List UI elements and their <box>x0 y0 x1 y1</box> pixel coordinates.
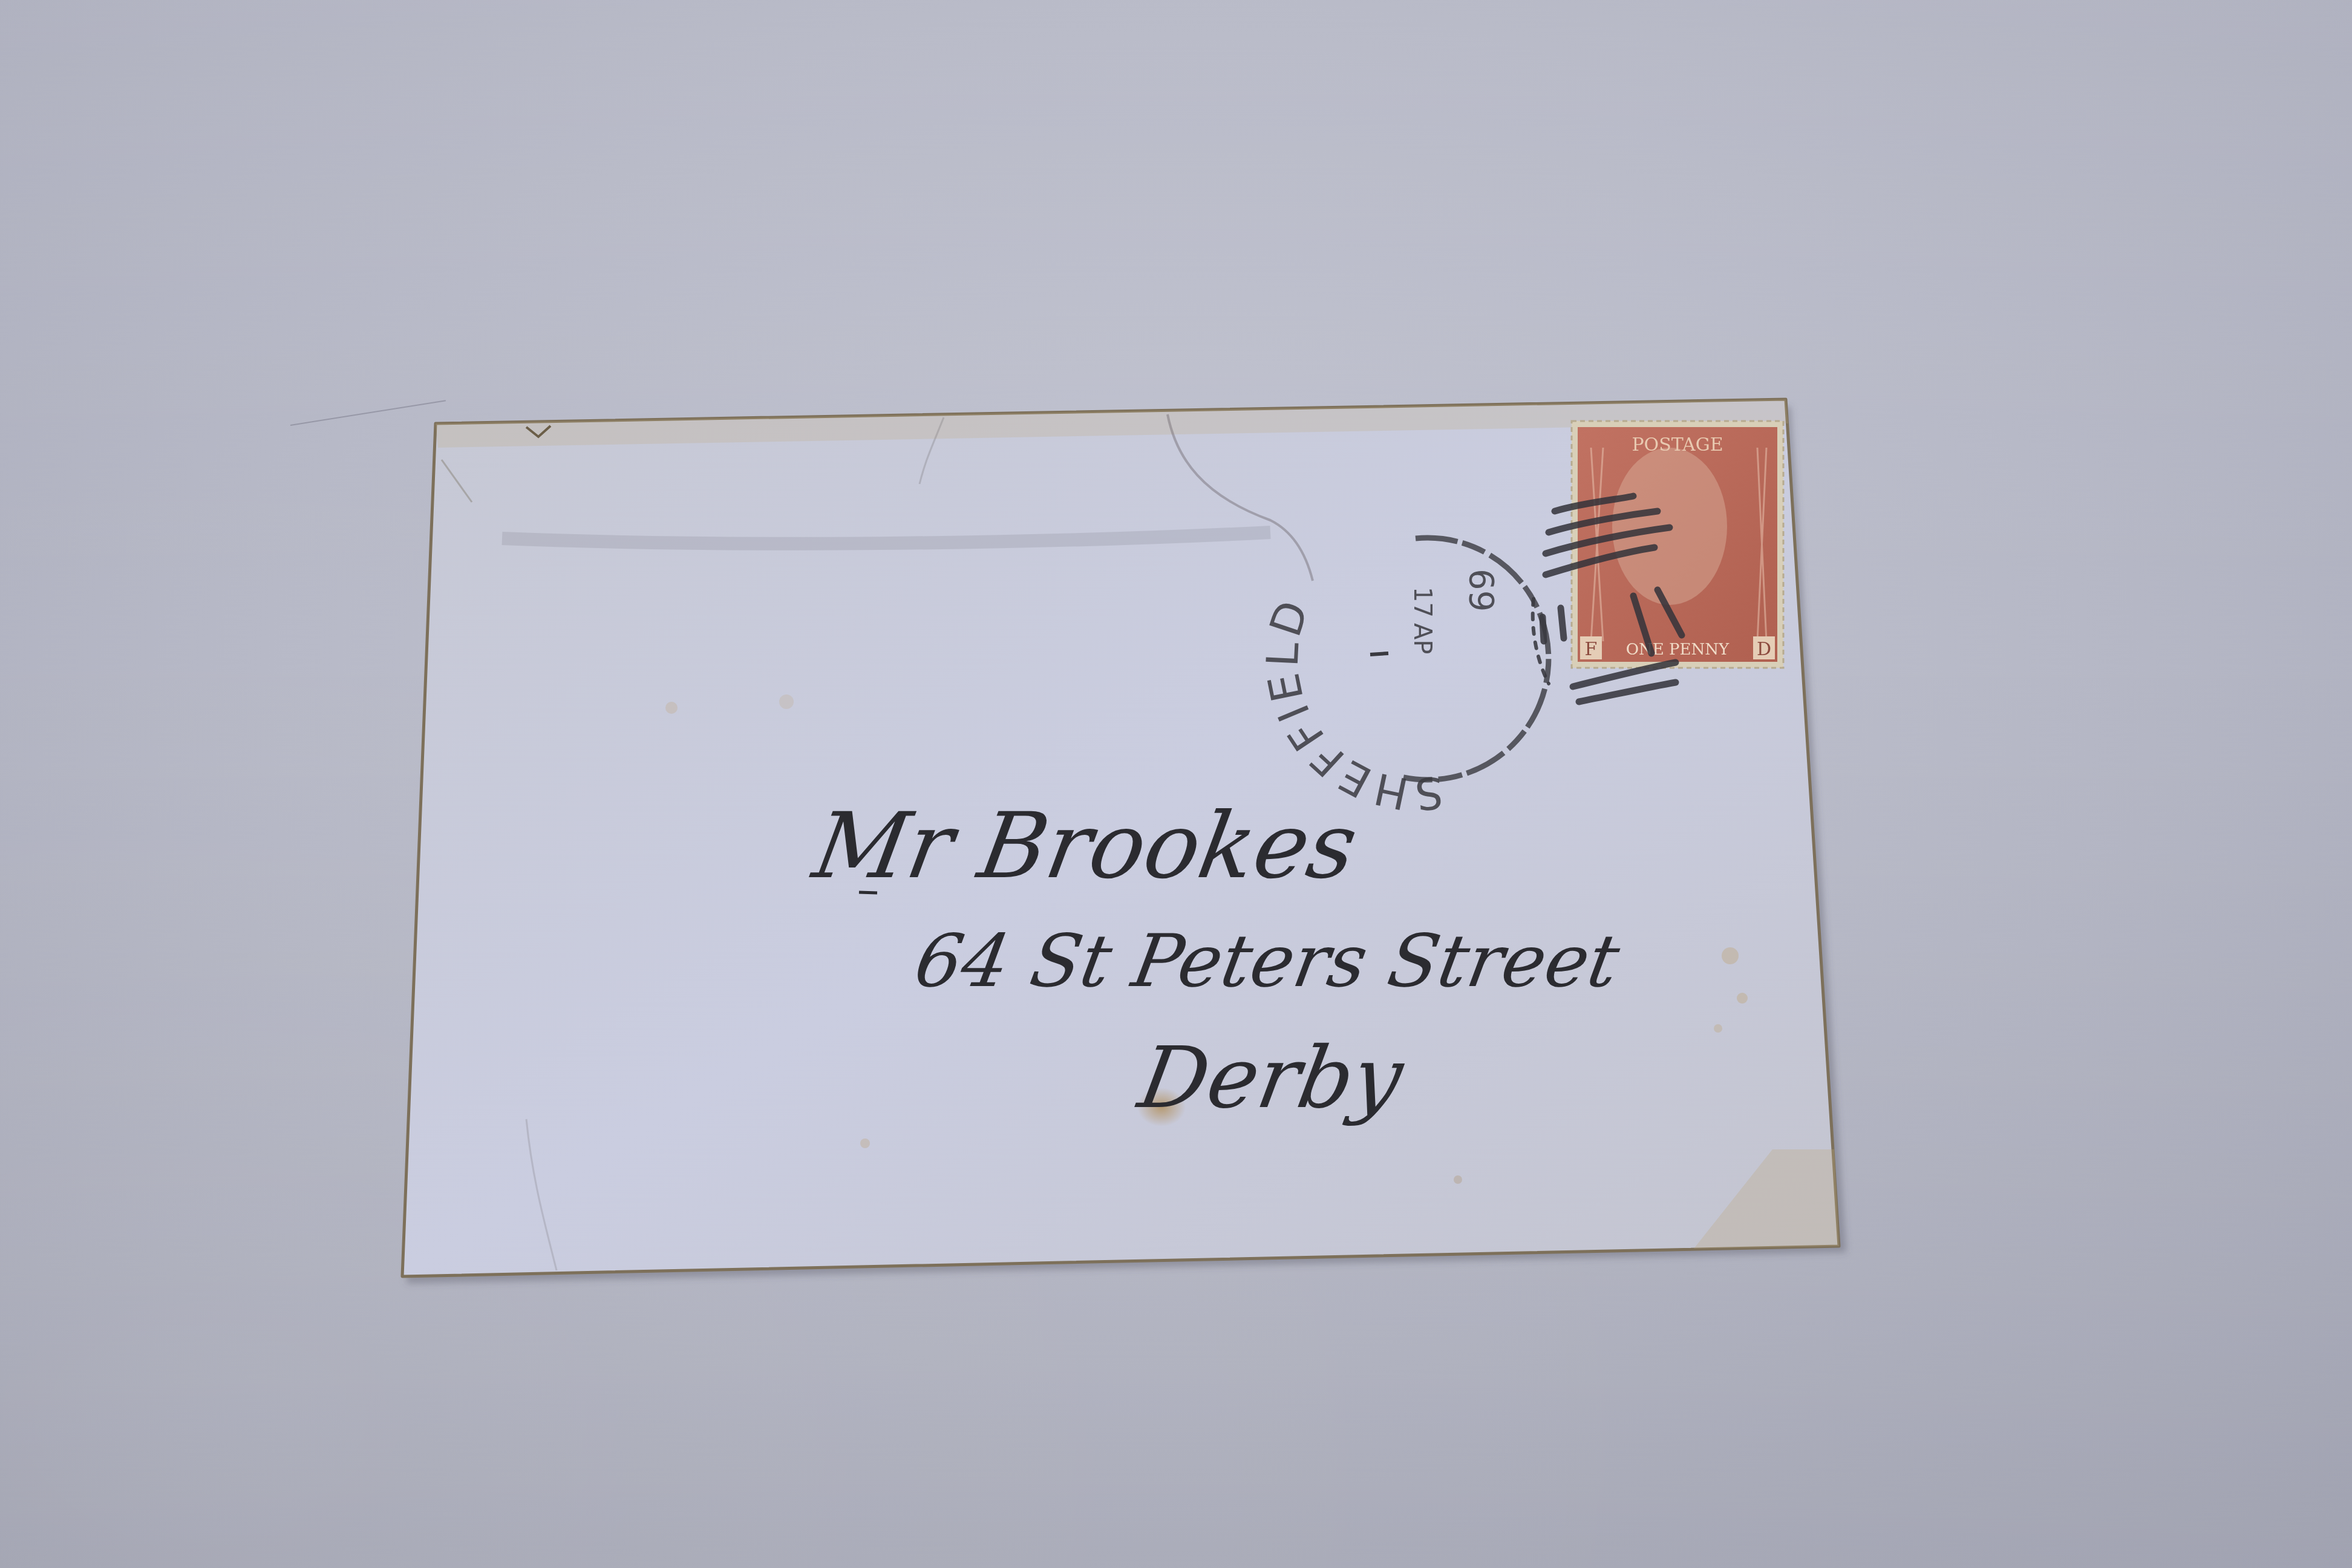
address-recipient: Mr Brookes <box>805 793 1365 899</box>
envelope-graphic: POSTAGE F D ONE PENNY <box>0 0 2352 1568</box>
stamp-top-inscription: POSTAGE <box>1632 434 1723 456</box>
postmark-year: 69 <box>1462 569 1501 612</box>
stamp-denomination: ONE PENNY <box>1626 641 1730 659</box>
stamp-corner-letter-right: D <box>1757 639 1771 660</box>
postmark-day: 17 <box>1408 587 1436 618</box>
postmark-month: AP <box>1408 623 1436 654</box>
stamp-corner-letter-left: F <box>1585 639 1598 660</box>
address-town: Derby <box>1130 1029 1411 1128</box>
envelope: POSTAGE F D ONE PENNY <box>0 0 2352 1568</box>
address-street: 64 St Peters Street <box>909 919 1626 1004</box>
